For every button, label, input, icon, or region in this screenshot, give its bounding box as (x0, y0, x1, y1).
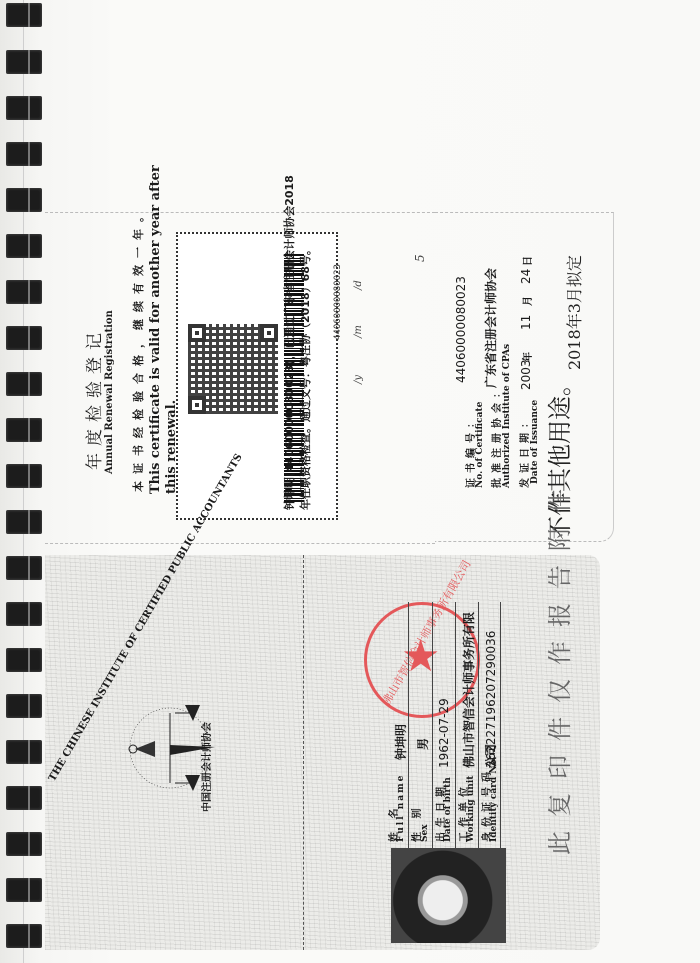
issuance-month-unit: 月 (519, 291, 534, 306)
binding-ring (6, 740, 42, 764)
card-fold-line (303, 555, 304, 950)
binding-ring (6, 50, 42, 74)
date-mark-day: /d (353, 280, 364, 290)
field-value-name: 钟坤明 (392, 724, 409, 760)
binding-ring (6, 556, 42, 580)
renewal-title-en: Annual Renewal Registration (104, 310, 115, 474)
field-value-dob: 1962-07-29 (437, 698, 451, 768)
issuance-year: 2003 (519, 359, 533, 390)
renewal-title-cn: 年度检验登记 (80, 326, 105, 470)
binding-ring (6, 372, 42, 396)
binding-ring (6, 3, 42, 27)
binding-ring (6, 234, 42, 258)
field-label-en: Full name (396, 774, 406, 842)
binding-ring (6, 648, 42, 672)
binding-ring (6, 96, 42, 120)
handwritten-date: 2018年3月拟定 (562, 255, 585, 370)
binding-ring (6, 418, 42, 442)
issuance-day-unit: 日 (519, 251, 534, 266)
issuance-day: 24 (519, 269, 533, 284)
institute-label-en: Authorized Institute of CPAs (502, 344, 512, 488)
scanned-page: 年度检验登记 Annual Renewal Registration 本证书经检… (0, 0, 700, 963)
barcode-number: 44060000080023 (333, 264, 343, 340)
renewal-statement-en-1: This certificate is valid for another ye… (148, 165, 163, 494)
field-label-en: Identity card No. (489, 756, 499, 842)
field-value-id-card: 362227196207290036 (484, 631, 498, 768)
field-label-en: Date of birth (443, 777, 453, 842)
binding-ring (6, 602, 42, 626)
binding-ring (6, 280, 42, 304)
issuance-month: 11 (519, 315, 533, 330)
cicpa-emblem-icon (105, 683, 235, 813)
qr-code (188, 324, 278, 414)
stamp-text-line1: 钟坤明(44060000080023)，已通过广东省注册会计师协会2018 (281, 175, 297, 510)
field-label-en: Working unit (466, 776, 476, 842)
binding-ring (6, 832, 42, 856)
spiral-binding (0, 0, 44, 963)
renewal-stamp (176, 232, 338, 520)
renewal-statement-cn: 本证书经检验合格，继续有效一年。 (130, 204, 146, 492)
binding-ring (6, 924, 42, 948)
institute-name: 广东省注册会计师协会 (482, 268, 499, 388)
institute-label-cn: 批准注册协会： (488, 383, 503, 488)
issuance-label-cn: 发证日期： (516, 413, 531, 488)
binding-ring (6, 188, 42, 212)
issuance-label-en: Date of Issuance (530, 400, 540, 484)
stamp-text-line2: 年任职资格检查。通过文号：粤注协（2018）68号。 (297, 244, 313, 510)
binding-ring (6, 878, 42, 902)
field-value-sex: 男 (414, 738, 431, 750)
certificate-no-label-en: No. of Certificate (475, 402, 485, 488)
binding-ring (6, 142, 42, 166)
page-mark: 5 (413, 254, 427, 262)
binding-ring (6, 786, 42, 810)
certificate-no: 44060000080023 (454, 276, 468, 383)
copy-watermark: 此复印件仅作报告附件 (540, 475, 575, 855)
binding-ring (6, 510, 42, 534)
binding-ring (6, 326, 42, 350)
binding-ring (6, 464, 42, 488)
holder-photo (391, 848, 506, 943)
field-label-en: Sex (420, 824, 430, 842)
binding-ring (6, 694, 42, 718)
emblem-text-cn: 中国注册会计师协会 (198, 722, 213, 812)
issuance-year-unit: 年 (519, 347, 534, 362)
date-mark-year: /y (353, 375, 364, 384)
date-mark-month: /m (353, 325, 364, 338)
